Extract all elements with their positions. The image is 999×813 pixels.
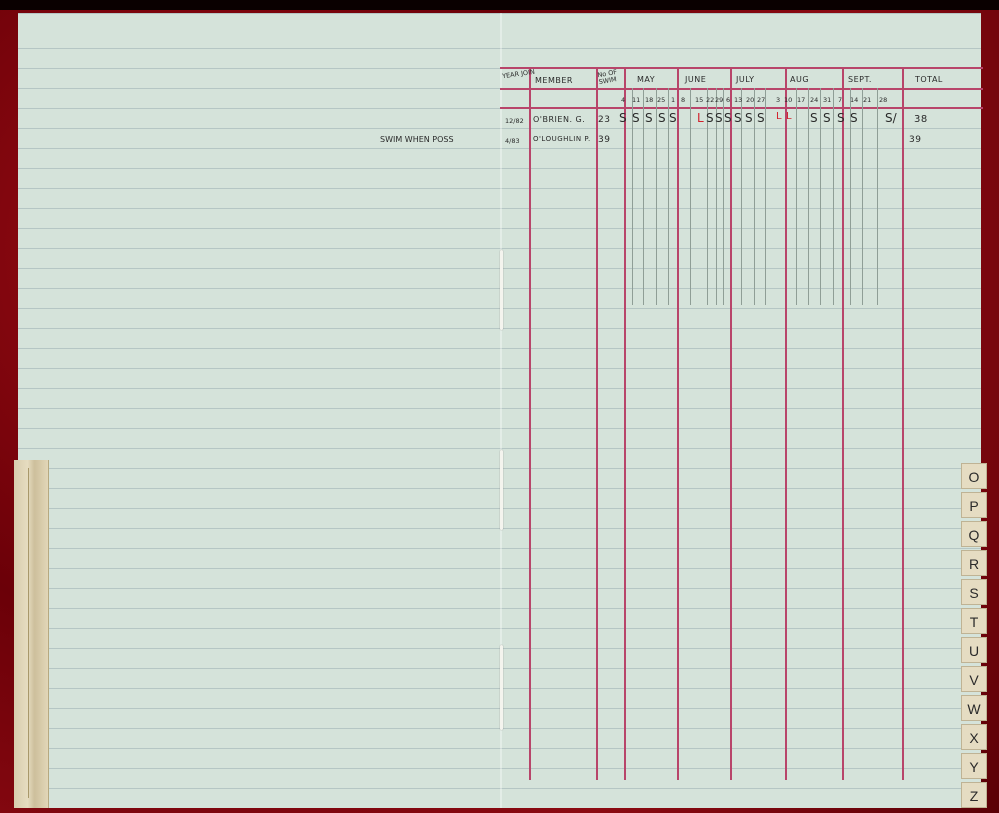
day-label: 10: [784, 96, 792, 104]
row-member: O'BRIEN. G.: [533, 115, 585, 124]
week-line: [754, 88, 755, 305]
day-label: 14: [850, 96, 858, 104]
index-tab-y[interactable]: Y: [961, 753, 987, 779]
day-label: 8: [681, 96, 685, 104]
day-label: 22: [706, 96, 714, 104]
week-line: [656, 88, 657, 305]
binding-stitch: [500, 645, 503, 730]
day-label: 15: [695, 96, 703, 104]
attendance-mark: S: [632, 111, 640, 125]
attendance-mark: S: [619, 111, 627, 125]
header-month-june: JUNE: [685, 75, 706, 84]
row-total: 39: [909, 135, 921, 145]
late-mark: L: [697, 111, 704, 125]
week-line: [820, 88, 821, 305]
attendance-mark: S: [837, 111, 845, 125]
day-label: 1: [671, 96, 675, 104]
week-line: [765, 88, 766, 305]
index-tab-z[interactable]: Z: [961, 782, 987, 808]
column-rule: [902, 67, 904, 780]
day-label: 13: [734, 96, 742, 104]
week-line: [862, 88, 863, 305]
row-joined: 4/83: [505, 137, 520, 145]
index-tab-q[interactable]: Q: [961, 521, 987, 547]
week-line: [690, 88, 691, 305]
index-tab-s[interactable]: S: [961, 579, 987, 605]
day-label: 6: [726, 96, 730, 104]
week-line: [643, 88, 644, 305]
column-rule: [785, 67, 787, 780]
header-member: MEMBER: [535, 76, 573, 85]
attendance-mark: S: [715, 111, 723, 125]
day-label: 7: [838, 96, 842, 104]
index-tab-t[interactable]: T: [961, 608, 987, 634]
row-joined: 12/82: [505, 117, 524, 125]
day-label: 29: [715, 96, 723, 104]
index-tab-x[interactable]: X: [961, 724, 987, 750]
header-total: TOTAL: [915, 75, 943, 84]
week-line: [877, 88, 878, 305]
attendance-mark: S: [757, 111, 765, 125]
day-label: 18: [645, 96, 653, 104]
row-member: O'LOUGHLIN P.: [533, 135, 591, 143]
left-page-note: SWIM WHEN POSS: [380, 135, 454, 144]
header-rule-top: [500, 67, 983, 69]
binding-stitch: [500, 250, 503, 330]
attendance-mark: S: [810, 111, 818, 125]
week-line: [808, 88, 809, 305]
row-no-of-swims: 23: [598, 115, 610, 125]
page-edge: [14, 460, 49, 808]
index-tab-r[interactable]: R: [961, 550, 987, 576]
index-tab-v[interactable]: V: [961, 666, 987, 692]
attendance-mark: S: [645, 111, 653, 125]
index-tab-p[interactable]: P: [961, 492, 987, 518]
attendance-mark: S/: [885, 111, 897, 125]
attendance-mark: S: [850, 111, 858, 125]
column-rule: [529, 67, 531, 780]
day-label: 4: [621, 96, 625, 104]
row-total: 38: [914, 114, 928, 125]
attendance-mark: S: [724, 111, 732, 125]
day-label: 28: [879, 96, 887, 104]
header-month-may: MAY: [637, 75, 655, 84]
column-rule: [730, 67, 732, 780]
column-rule: [596, 67, 598, 780]
day-label: 31: [823, 96, 831, 104]
attendance-mark: S: [669, 111, 677, 125]
day-label: 11: [632, 96, 640, 104]
index-tab-u[interactable]: U: [961, 637, 987, 663]
index-tab-o[interactable]: O: [961, 463, 987, 489]
day-label: 27: [757, 96, 765, 104]
week-line: [796, 88, 797, 305]
attendance-mark: S: [706, 111, 714, 125]
week-line: [833, 88, 834, 305]
day-label: 21: [863, 96, 871, 104]
header-month-sept: SEPT.: [848, 75, 872, 84]
column-rule: [624, 67, 626, 780]
row-no-of-swims: 39: [598, 135, 610, 145]
attendance-mark: S: [658, 111, 666, 125]
day-label: 25: [657, 96, 665, 104]
binding-stitch: [500, 450, 503, 530]
header-month-july: JULY: [736, 75, 755, 84]
column-rule: [842, 67, 844, 780]
late-mark: L: [776, 111, 782, 122]
attendance-mark: S: [745, 111, 753, 125]
column-rule: [677, 67, 679, 780]
header-month-aug: AUG: [790, 75, 809, 84]
day-label: 17: [797, 96, 805, 104]
day-label: 20: [746, 96, 754, 104]
late-mark: L: [786, 111, 792, 122]
attendance-mark: S: [734, 111, 742, 125]
day-label: 3: [776, 96, 780, 104]
attendance-mark: S: [823, 111, 831, 125]
index-tab-w[interactable]: W: [961, 695, 987, 721]
day-label: 24: [810, 96, 818, 104]
